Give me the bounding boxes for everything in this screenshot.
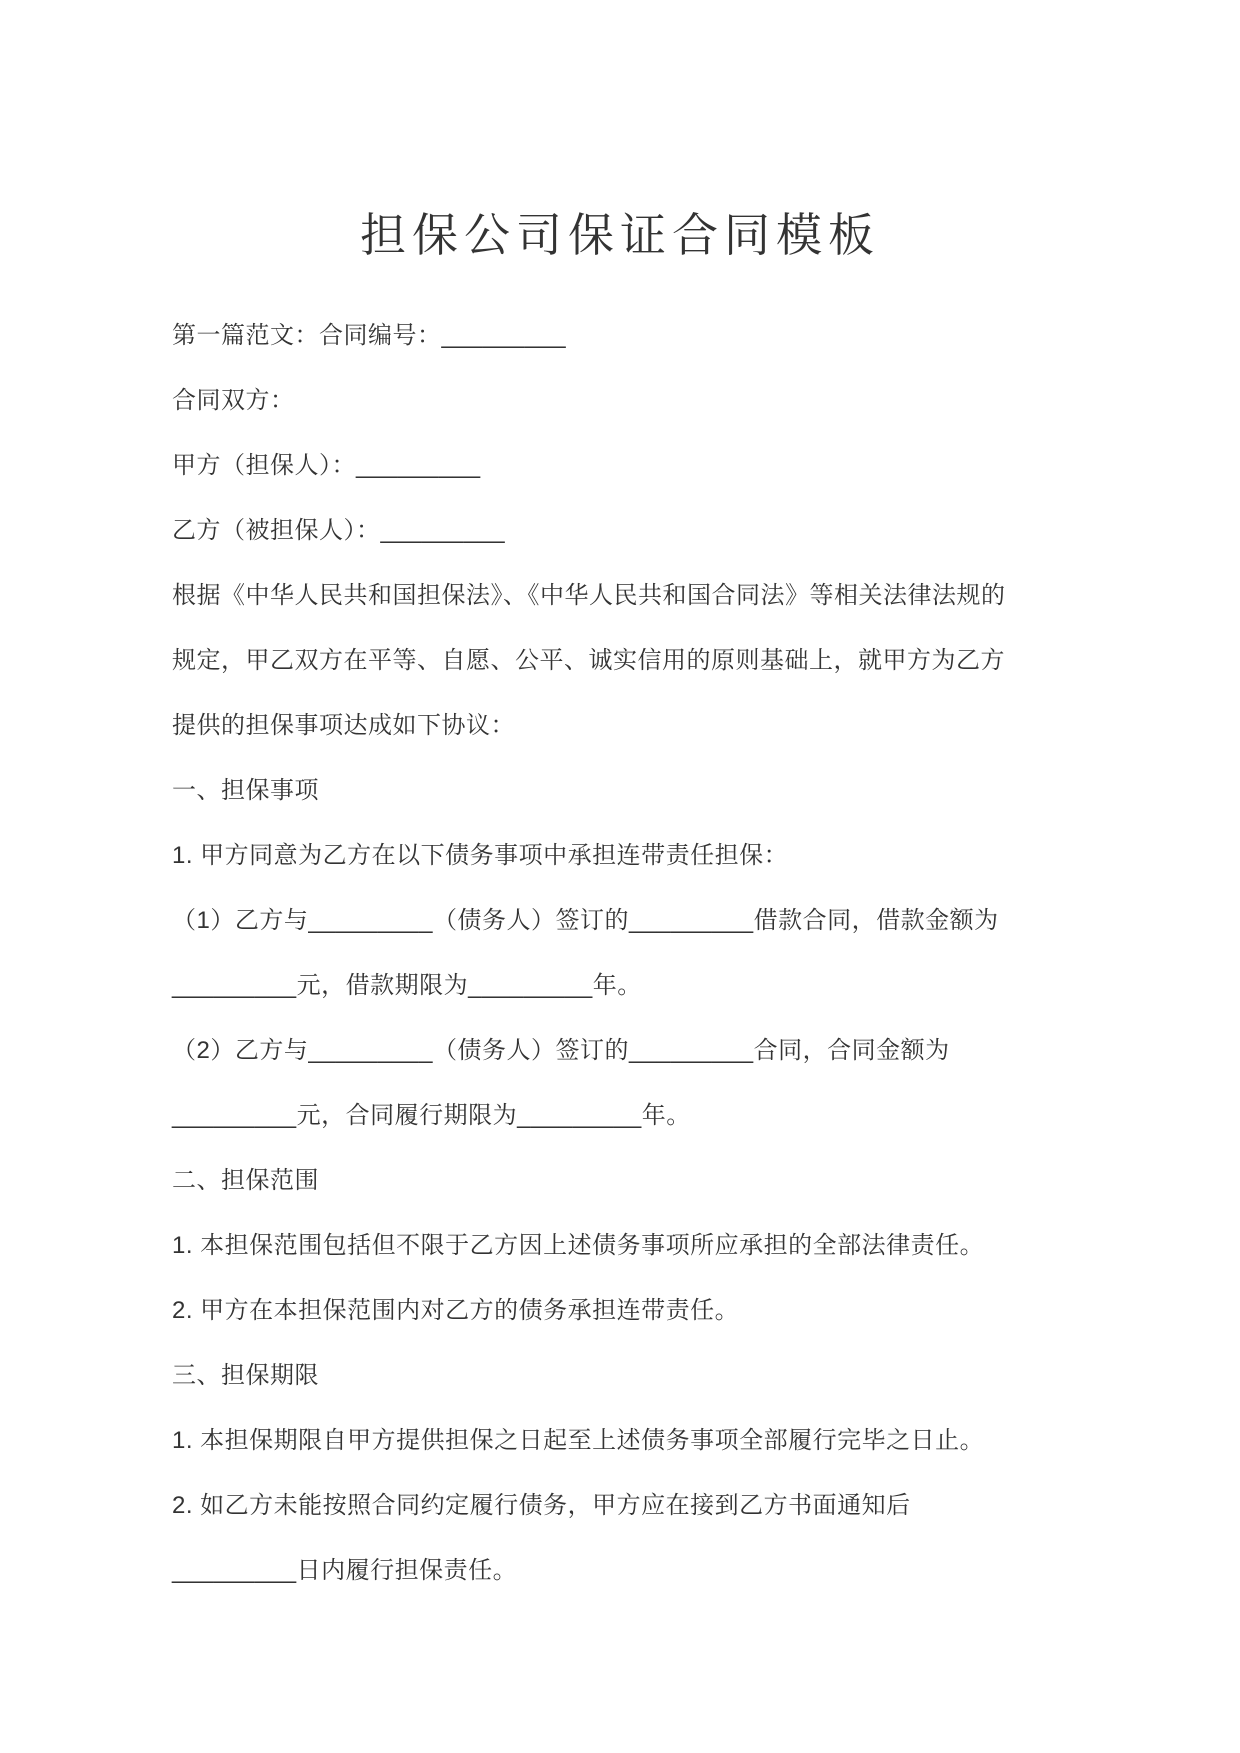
section-2-heading: 二、担保范围 xyxy=(172,1148,1140,1213)
party-a-line: 甲方（担保人）：_________ xyxy=(172,433,1140,498)
section-2-clause-2: 2. 甲方在本担保范围内对乙方的债务承担连带责任。 xyxy=(172,1278,1140,1343)
parties-heading: 合同双方： xyxy=(172,368,1140,433)
document-title: 担保公司保证合同模板 xyxy=(0,0,1240,265)
section-3-heading: 三、担保期限 xyxy=(172,1343,1140,1408)
document-page: 担保公司保证合同模板 第一篇范文：合同编号：_________ 合同双方： 甲方… xyxy=(0,0,1240,1753)
section-3-clause-2-line-1: 2. 如乙方未能按照合同约定履行债务，甲方应在接到乙方书面通知后 xyxy=(172,1473,1140,1538)
contract-number-line: 第一篇范文：合同编号：_________ xyxy=(172,303,1140,368)
section-1-item-2-line-1: （2）乙方与_________（债务人）签订的_________合同，合同金额为 xyxy=(172,1018,1140,1083)
section-3-clause-1: 1. 本担保期限自甲方提供担保之日起至上述债务事项全部履行完毕之日止。 xyxy=(172,1408,1140,1473)
section-1-clause-1: 1. 甲方同意为乙方在以下债务事项中承担连带责任担保： xyxy=(172,823,1140,888)
preamble-line-3: 提供的担保事项达成如下协议： xyxy=(172,693,1140,758)
section-2-clause-1: 1. 本担保范围包括但不限于乙方因上述债务事项所应承担的全部法律责任。 xyxy=(172,1213,1140,1278)
party-b-line: 乙方（被担保人）：_________ xyxy=(172,498,1140,563)
preamble-line-2: 规定，甲乙双方在平等、自愿、公平、诚实信用的原则基础上，就甲方为乙方 xyxy=(172,628,1140,693)
section-1-heading: 一、担保事项 xyxy=(172,758,1140,823)
section-1-item-1-line-2: _________元，借款期限为_________年。 xyxy=(172,953,1140,1018)
section-1-item-2-line-2: _________元，合同履行期限为_________年。 xyxy=(172,1083,1140,1148)
section-1-item-1-line-1: （1）乙方与_________（债务人）签订的_________借款合同，借款金… xyxy=(172,888,1140,953)
preamble-line-1: 根据《中华人民共和国担保法》、《中华人民共和国合同法》等相关法律法规的 xyxy=(172,563,1140,628)
section-3-clause-2-line-2: _________日内履行担保责任。 xyxy=(172,1538,1140,1603)
document-body: 第一篇范文：合同编号：_________ 合同双方： 甲方（担保人）：_____… xyxy=(0,303,1240,1603)
